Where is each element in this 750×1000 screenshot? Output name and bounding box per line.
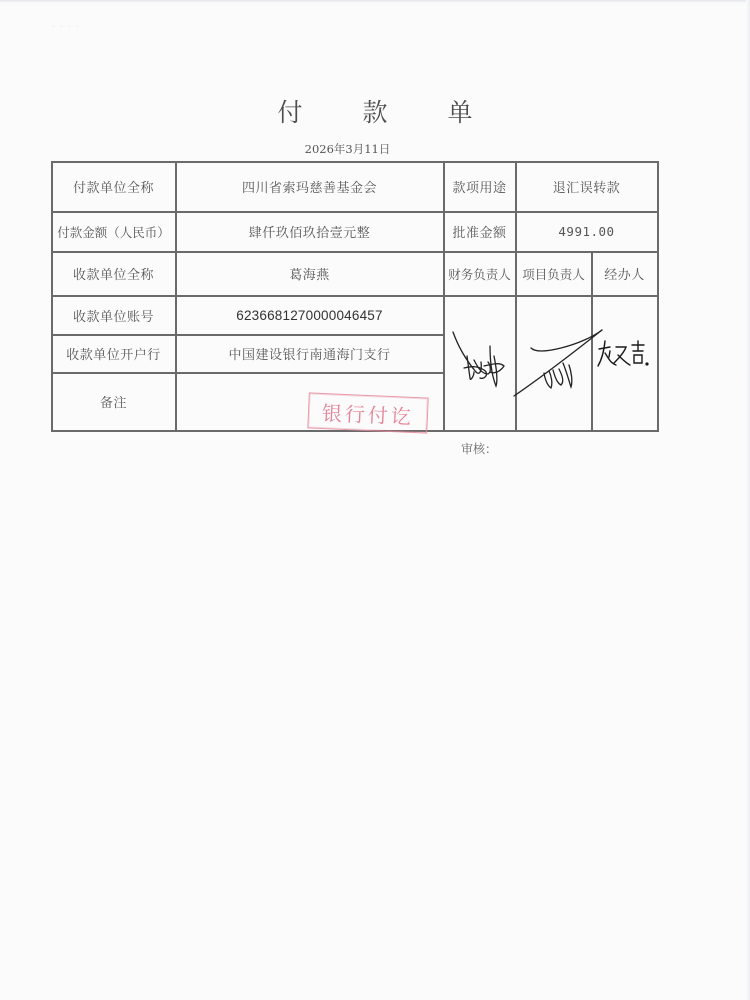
remarks-label: 备注 [52,373,175,430]
audit-label: 审核： [461,440,497,457]
amount-in-words: 肆仟玖佰玖拾壹元整 [176,212,443,251]
handler-label: 经办人 [592,252,657,295]
payee-account-value: 6236681270000046457 [176,296,443,334]
handler-signature [596,335,656,375]
project-head-signature [505,315,610,405]
approved-amount-label: 批准金额 [444,212,515,251]
approved-amount-value: 4991.00 [516,212,657,251]
payer-name-value: 四川省索玛慈善基金会 [176,162,443,211]
bank-paid-stamp: 银行付讫 [307,392,428,433]
scan-mark: - - - - [52,22,80,32]
page-edge [0,0,750,3]
payee-name-value: 葛海燕 [176,252,443,295]
purpose-label: 款项用途 [444,162,515,211]
payee-name-label: 收款单位全称 [52,252,175,295]
payer-name-label: 付款单位全称 [52,162,175,211]
finance-head-label: 财务负责人 [444,252,515,295]
payee-bank-value: 中国建设银行南通海门支行 [176,335,443,372]
document-title: 付 款 单 [0,93,750,129]
payee-bank-label: 收款单位开户行 [52,335,175,372]
document-date: 2026年3月11日 [0,141,695,157]
payee-account-label: 收款单位账号 [52,296,175,334]
project-head-label: 项目负责人 [516,252,591,295]
table-border-right [657,161,659,432]
page-edge [746,0,750,1000]
purpose-value: 退汇误转款 [516,162,657,211]
amount-label: 付款金额（人民币） [52,212,175,251]
